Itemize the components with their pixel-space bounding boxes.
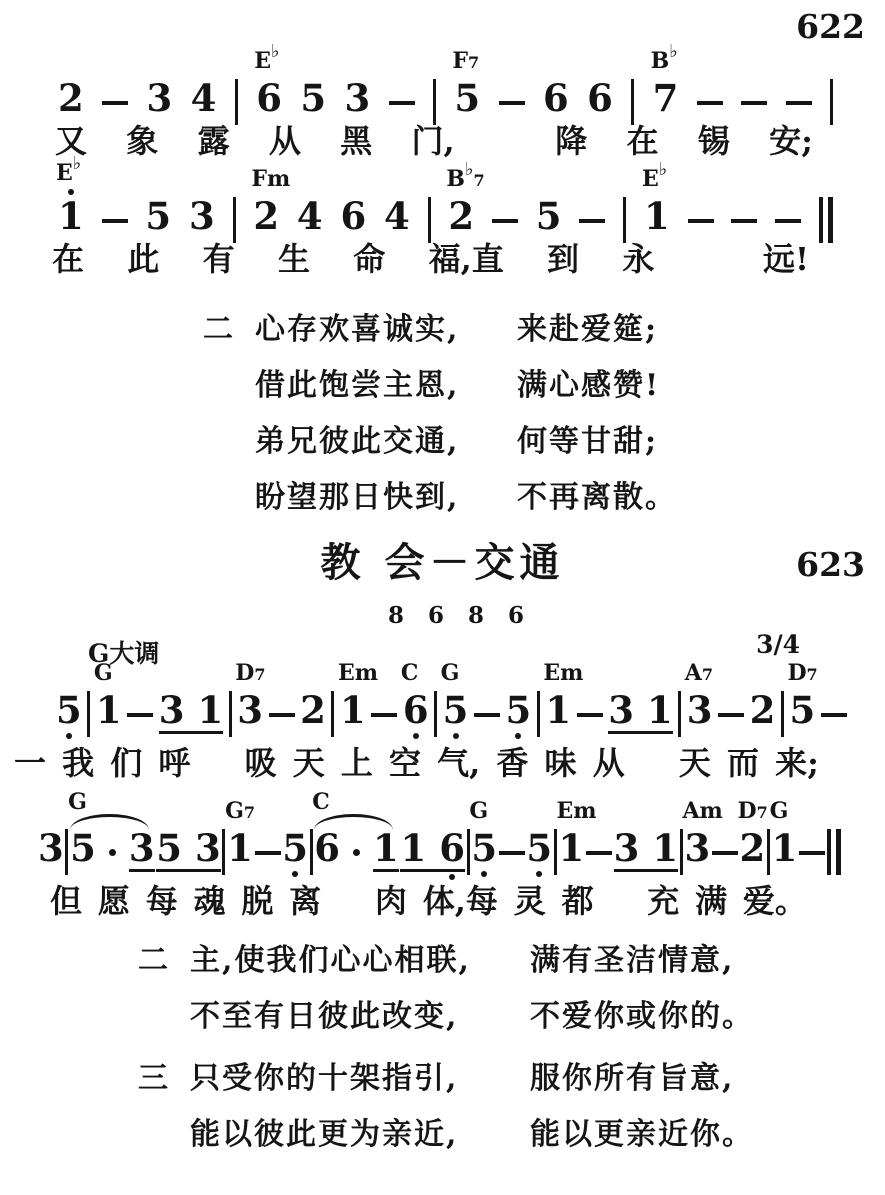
note-cell: Am3 [684,830,710,872]
chord-label: A7 [685,662,713,684]
note: 1 [652,830,678,867]
note: 6 [340,198,366,240]
low-octave-dot [449,874,455,880]
lyric-syllable: 露 [198,124,230,159]
barline [229,691,232,737]
low-octave-dot [66,733,72,739]
verse-line-right: 满有圣洁情意, [530,933,754,989]
lyric-syllable: 呼 [158,746,190,781]
lyric-syllable: 我 [62,746,94,781]
verse-block-623-2: 二主,使我们心心相联,满有圣洁情意,不至有日彼此改变,不爱你或你的。 [138,933,754,1045]
final-barline [819,197,833,243]
lyric-syllable: 又 [55,124,87,159]
time-signature: 3/4 [756,630,800,659]
note: 7 [653,80,679,122]
lyric-syllable: 们 [110,746,142,781]
verse-number [203,470,255,526]
verse-number: 二 [203,302,255,358]
chord-label: G [441,662,460,684]
note: 2 [58,80,84,122]
verse-number [203,358,255,414]
note-cell: 4 [191,80,217,122]
lyric-syllable: 满 [695,884,727,919]
note: 2 [740,830,766,872]
note: 5 [282,830,308,872]
chord-label: G [469,800,488,822]
lyric-syllable: 气, [437,746,480,781]
lyric-spacer [641,746,663,781]
final-barline-thick [836,829,841,875]
note-cell: C6 [403,692,429,734]
note-cell: G1 [772,830,798,872]
lyric-syllable: 离 [289,884,321,919]
note: 3 [38,830,64,872]
verse-line-left: 借此饱尝主恩, [255,358,517,414]
lyric-syllable: 生 [278,242,310,277]
lyric-syllable: 体,每 [423,884,498,919]
barline [467,829,470,875]
note: 1 [227,830,253,872]
lyric-syllable: 在 [627,124,659,159]
duration-dash [499,851,525,855]
note: 2 [253,198,279,240]
note-cell: 6 [543,80,569,122]
note-cell: Em1 [559,830,585,872]
note: 6 [314,830,340,872]
lyric-syllable: 从 [593,746,625,781]
note: 1 [197,692,223,729]
note-cell: D73 [237,692,263,734]
barline [87,691,90,737]
lyric-syllable: 远! [763,242,809,277]
note: 5 [300,80,326,122]
note-cell: D72 [740,830,766,872]
chord-label: Fm [251,168,290,190]
lyric-syllable: 天 [679,746,711,781]
barline [631,79,634,125]
duration-dash [579,219,605,223]
lyric-syllable: 爱。 [743,884,807,919]
barline [830,79,833,125]
lyric-syllable: 命 [353,242,385,277]
chord-label: B♭7 [446,168,484,190]
chord-label: C [401,662,419,684]
verse-line-left: 只受你的十架指引, [190,1051,530,1107]
note-cell: 5 [506,692,532,734]
note: 1 [644,198,670,240]
verse-line-left: 盼望那日快到, [255,470,517,526]
chord-label: B♭ [651,50,678,72]
barline [434,691,437,737]
lyric-syllable: 天 [293,746,325,781]
chord-label: G [770,800,789,822]
lyric-spacer [337,884,359,919]
note: 3 [687,692,713,734]
verse-block-622-2: 二心存欢喜诚实,来赴爱筵;借此饱尝主恩,满心感赞!弟兄彼此交通,何等甘甜;盼望那… [203,302,677,526]
note-cell: 6 [340,198,366,240]
note: 5 [789,692,815,734]
note: 1 [340,692,366,734]
hymn-623-title: 教 会－交通 [0,541,885,585]
low-octave-dot [515,733,521,739]
lyrics-623-line-1: 一我们呼吸天上空气,香味从天而来; [14,746,819,781]
verse-line-right: 满心感赞! [517,358,677,414]
note-cell: E♭6 [256,80,282,122]
note: 3 [147,80,173,122]
barline [65,829,68,875]
verse-line-left: 心存欢喜诚实, [255,302,517,358]
duration-dash [269,713,295,717]
chord-label: E♭ [56,162,81,184]
note: 5 [454,80,480,122]
note: 5 [506,692,532,734]
duration-dash [102,219,128,223]
low-octave-dot [413,733,419,739]
duration-dash [799,851,825,855]
note-cell: G5 [443,692,469,734]
chord-label: Em [338,662,378,684]
note-cell: 6 [587,80,613,122]
note: 3 [684,830,710,872]
lyric-syllable: 充 [647,884,679,919]
note: 1 [545,692,571,734]
verse-number [203,414,255,470]
barline [554,829,557,875]
duration-dash [731,219,757,223]
lyric-syllable: 脱 [241,884,273,919]
meter-8686: 8 6 8 6 [388,602,532,629]
duration-dash [127,713,153,717]
verse-line-left: 能以彼此更为亲近, [190,1107,530,1163]
final-barline-thin [827,829,831,875]
chord-label: E♭ [254,50,279,72]
note: 2 [448,198,474,240]
barline [331,691,334,737]
verse-line-right: 能以更亲近你。 [530,1107,754,1163]
hymn-number-623: 623 [796,548,865,581]
low-octave-dot [453,733,459,739]
barline [235,79,238,125]
note-cell: B♭7 [653,80,679,122]
note: 6 [587,80,613,122]
duration-dash [255,851,281,855]
note: 5 [156,830,182,867]
note-cell: G1 [96,692,122,734]
note-group: 31 [614,830,679,872]
verse-block-623-3: 三只受你的十架指引,服你所有旨意,能以彼此更为亲近,能以更亲近你。 [138,1051,754,1163]
lyric-syllable: 在 [52,242,84,277]
note: 6 [439,830,465,867]
note-cell: 3 [38,830,64,872]
note-cell: F75 [454,80,480,122]
note-cell: 5 [300,80,326,122]
note: 6 [403,692,429,734]
verse-line-right: 服你所有旨意, [530,1051,754,1107]
lyric-syllable: 而 [727,746,759,781]
lyric-spacer [609,884,631,919]
note-cell: A73 [687,692,713,734]
note: 2 [300,692,326,734]
barline [433,79,436,125]
note-group: C61 [314,830,399,872]
chord-label: D7 [787,662,817,684]
note-cell: E♭1 [644,198,670,240]
note: 3 [129,830,155,872]
barline [428,197,431,243]
note: 1 [58,198,84,240]
duration-dash [577,713,603,717]
note: 1 [400,830,426,867]
lyric-spacer [698,242,720,277]
augmentation-dot [353,849,360,856]
note-cell: D75 [789,692,815,734]
score-622-line-2: E♭153Fm2464B♭725E♭1 [58,200,833,240]
low-octave-dot [481,871,487,877]
lyrics-622-line-2: 在此有生命福,直到永远! [52,242,809,277]
note: 1 [647,692,673,729]
note: 1 [96,692,122,734]
chord-label: Em [557,800,597,822]
chord-label: G [94,662,113,684]
barline [537,691,540,737]
barline [623,197,626,243]
lyric-syllable: 上 [341,746,373,781]
note-cell: 5 [282,830,308,872]
lyric-syllable: 象 [126,124,158,159]
duration-dash [718,713,744,717]
note: 5 [145,198,171,240]
verse-line-right: 不爱你或你的。 [530,989,754,1045]
lyric-spacer [494,124,516,159]
barline [222,829,225,875]
note-cell: Em1 [545,692,571,734]
duration-dash [775,219,801,223]
note-cell: 4 [384,198,410,240]
verse-line-right: 不再离散。 [517,470,677,526]
duration-dash [786,101,812,105]
chord-label: E♭ [642,168,667,190]
lyric-syllable: 每 [146,884,178,919]
duration-dash [389,101,415,105]
high-octave-dot [68,189,74,195]
chord-label: G [68,791,87,813]
note: 4 [297,198,323,240]
lyrics-622-line-1: 又象露从黑门,降在锡安; [55,124,813,159]
lyric-syllable: 肉 [375,884,407,919]
barline [233,197,236,243]
lyrics-623-line-2: 但愿每魂脱离肉体,每灵都充满爱。 [50,884,807,919]
note-cell: 3 [344,80,370,122]
lyric-syllable: 味 [545,746,577,781]
chord-label: D7 [738,800,768,822]
duration-dash [371,713,397,717]
note: 5 [56,692,82,734]
verse-line-right: 何等甘甜; [517,414,677,470]
note: 1 [559,830,585,872]
note-cell: 2 [750,692,776,734]
lyric-syllable: 黑 [340,124,372,159]
note: 5 [70,830,96,872]
duration-dash [586,851,612,855]
barline [310,829,313,875]
note-cell: 2 [58,80,84,122]
note-group: G53 [70,830,155,872]
low-octave-dot [536,871,542,877]
barline [678,691,681,737]
lyric-syllable: 都 [562,884,594,919]
note: 3 [195,830,221,867]
score-622-line-1: 234E♭653F7566B♭7 [58,82,833,122]
chord-label: Em [543,662,583,684]
lyric-syllable: 吸 [245,746,277,781]
barline [781,691,784,737]
score-623-line-2: 3G5353G715C6116G55Em131Am3D72G1 [38,832,841,872]
note-cell: B♭72 [448,198,474,240]
chord-label: G7 [225,800,255,822]
note-cell: 4 [297,198,323,240]
lyric-syllable: 安; [769,124,813,159]
lyric-syllable: 有 [203,242,235,277]
barline [680,829,683,875]
verse-number [138,1107,190,1163]
note-cell: 5 [145,198,171,240]
note-cell: 5 [56,692,82,734]
note-group: 53 [156,830,221,872]
lyric-syllable: 魂 [194,884,226,919]
note: 3 [189,198,215,240]
note: 2 [750,692,776,734]
duration-dash [492,219,518,223]
note-cell: 5 [526,830,552,872]
note-cell: G5 [471,830,497,872]
duration-dash [474,713,500,717]
lyric-syllable: 门, [411,124,454,159]
lyric-syllable: 此 [127,242,159,277]
note: 6 [256,80,282,122]
lyric-spacer [207,746,229,781]
lyric-syllable: 一 [14,746,46,781]
note: 4 [384,198,410,240]
verse-number: 三 [138,1051,190,1107]
note: 5 [536,198,562,240]
lyric-syllable: 但 [50,884,82,919]
lyric-syllable: 香 [496,746,528,781]
lyric-syllable: 到 [547,242,579,277]
note: 5 [471,830,497,872]
note: 5 [443,692,469,734]
duration-dash [821,713,847,717]
note: 3 [237,692,263,734]
note: 1 [772,830,798,872]
note: 3 [608,692,634,729]
note-cell: 3 [189,198,215,240]
final-barline-thin [819,197,823,243]
low-octave-dot [292,871,298,877]
note: 4 [191,80,217,122]
lyric-syllable: 灵 [514,884,546,919]
verse-number: 二 [138,933,190,989]
note: 5 [526,830,552,872]
note-cell: E♭1 [58,198,84,240]
verse-line-left: 不至有日彼此改变, [190,989,530,1045]
note-cell: Fm2 [253,198,279,240]
note-cell: 5 [536,198,562,240]
duration-dash [712,851,738,855]
verse-line-left: 弟兄彼此交通, [255,414,517,470]
note-group: 31 [159,692,224,734]
note-cell: G71 [227,830,253,872]
note: 3 [344,80,370,122]
duration-dash [697,101,723,105]
lyric-syllable: 降 [555,124,587,159]
lyric-syllable: 从 [269,124,301,159]
verse-line-left: 主,使我们心心相联, [190,933,530,989]
duration-dash [741,101,767,105]
duration-dash [688,219,714,223]
lyric-syllable: 愿 [98,884,130,919]
verse-line-right: 来赴爱筵; [517,302,677,358]
note: 6 [543,80,569,122]
note: 3 [159,692,185,729]
note: 1 [373,830,399,872]
verse-number [138,989,190,1045]
final-barline-thick [828,197,833,243]
duration-dash [102,101,128,105]
note: 3 [614,830,640,867]
chord-label: F7 [452,50,479,72]
duration-dash [499,101,525,105]
lyric-syllable: 空 [389,746,421,781]
note-cell: 2 [300,692,326,734]
augmentation-dot [109,849,116,856]
chord-label: C [312,791,330,813]
note-cell: 3 [147,80,173,122]
lyric-syllable: 锡 [698,124,730,159]
note-group: 16 [400,830,465,872]
lyric-syllable: 永 [622,242,654,277]
note-group: 31 [608,692,673,734]
final-barline [827,829,841,875]
page-number-622: 622 [796,10,865,43]
lyric-syllable: 来; [775,746,819,781]
barline [767,829,770,875]
score-623-line-1: 5G131D732Em1C6G55Em131A732D75 [56,694,847,734]
chord-label: D7 [235,662,265,684]
chord-label: Am [682,800,722,822]
note-cell: Em1 [340,692,366,734]
lyric-syllable: 福,直 [429,242,504,277]
